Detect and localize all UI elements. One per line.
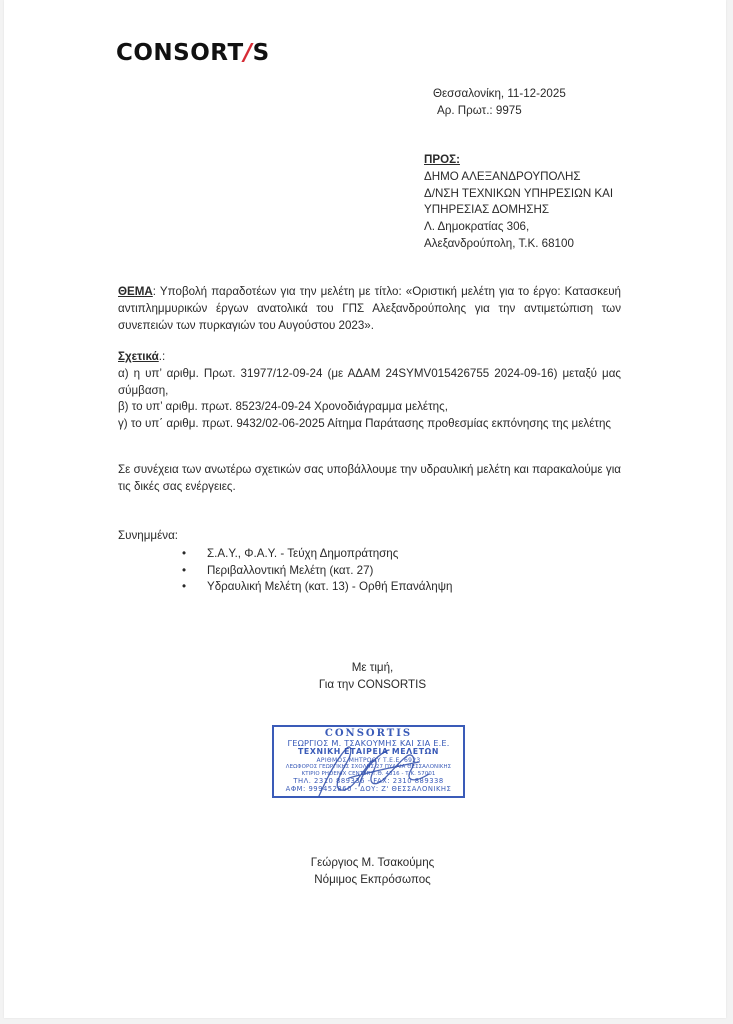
attachment-label: Σ.Α.Υ., Φ.Α.Υ. - Τεύχη Δημοπράτησης [207,547,398,560]
stamp-line: ΑΡΙΘΜΟΣ ΜΗΤΡΩΟΥ Τ.Ε.Ε. 6923 [274,757,463,764]
subject-text: : Υποβολή παραδοτέων για την μελέτη με τ… [118,285,621,332]
logo-text: CONSORT [116,40,244,66]
recipient-block: ΠΡΟΣ: ΔΗΜΟ ΑΛΕΞΑΝΔΡΟΥΠΟΛΗΣ Δ/ΝΣΗ ΤΕΧΝΙΚΩ… [424,152,613,253]
bullet-icon: • [182,563,186,580]
references-label: Σχετικά [118,350,159,363]
attachment-item: •Υδραυλική Μελέτη (κατ. 13) - Ορθή Επανά… [118,579,452,596]
closing-greeting: Με τιμή, [4,660,733,677]
body-text: Σε συνέχεια των ανωτέρω σχετικών σας υπο… [118,462,621,496]
recipient-line: Αλεξανδρούπολη, Τ.Κ. 68100 [424,236,613,253]
closing-block: Με τιμή, Για την CONSORTIS [4,660,733,694]
attachment-label: Υδραυλική Μελέτη (κατ. 13) - Ορθή Επανάλ… [207,580,452,593]
attachments-list: •Σ.Α.Υ., Φ.Α.Υ. - Τεύχη Δημοπράτησης •Πε… [118,546,452,596]
date-block: Θεσσαλονίκη, 11-12-2025 Αρ. Πρωτ.: 9975 [433,86,566,120]
reference-item: α) η υπ’ αριθμ. Πρωτ. 31977/12-09-24 (με… [118,366,621,400]
recipient-line: Λ. Δημοκρατίας 306, [424,219,613,236]
signer-block: Γεώργιος Μ. Τσακούμης Νόμιμος Εκπρόσωπος [4,855,733,889]
reference-item: γ) το υπ΄ αριθμ. πρωτ. 9432/02-06-2025 Α… [118,416,621,433]
recipient-line: ΥΠΗΡΕΣΙΑΣ ΔΟΜΗΣΗΣ [424,202,613,219]
stamp-line: ΑΦΜ: 999452860 - ΔΟΥ: Ζ' ΘΕΣΣΑΛΟΝΙΚΗΣ [274,786,463,794]
company-logo: CONSORT/S [116,40,270,66]
logo-text-end: S [253,40,270,66]
attachments-label: Συνημμένα: [118,528,452,545]
protocol-number: Αρ. Πρωτ.: 9975 [433,103,566,120]
bullet-icon: • [182,579,186,596]
reference-item: β) το υπ’ αριθμ. πρωτ. 8523/24-09-24 Χρο… [118,399,621,416]
place-date: Θεσσαλονίκη, 11-12-2025 [433,86,566,103]
subject-label: ΘΕΜΑ [118,285,153,298]
stamp-line: ΛΕΩΦΟΡΟΣ ΓΕΩΡΓΙΚΗΣ ΣΧΟΛΗΣ 27 ΠΥΛΑΙΑ ΘΕΣΣ… [274,764,463,771]
recipient-line: ΔΗΜΟ ΑΛΕΞΑΝΔΡΟΥΠΟΛΗΣ [424,169,613,186]
references-label-suffix: .: [159,350,165,363]
attachment-item: •Περιβαλλοντική Μελέτη (κατ. 27) [118,563,452,580]
subject-block: ΘΕΜΑ: Υποβολή παραδοτέων για την μελέτη … [118,284,621,334]
body-paragraph: Σε συνέχεια των ανωτέρω σχετικών σας υπο… [118,462,621,496]
attachments-block: Συνημμένα: •Σ.Α.Υ., Φ.Α.Υ. - Τεύχη Δημοπ… [118,528,452,596]
bullet-icon: • [182,546,186,563]
recipient-label: ΠΡΟΣ: [424,152,613,169]
attachment-label: Περιβαλλοντική Μελέτη (κατ. 27) [207,564,373,577]
signer-title: Νόμιμος Εκπρόσωπος [4,872,733,889]
references-block: Σχετικά.: α) η υπ’ αριθμ. Πρωτ. 31977/12… [118,349,621,433]
closing-company: Για την CONSORTIS [4,677,733,694]
stamp-line: ΤΕΧΝΙΚΗ ΕΤΑΙΡΕΙΑ ΜΕΛΕΤΩΝ [274,748,463,757]
company-stamp: CONSORTIS ΓΕΩΡΓΙΟΣ Μ. ΤΣΑΚΟΥΜΗΣ ΚΑΙ ΣΙΑ … [272,725,465,798]
recipient-line: Δ/ΝΣΗ ΤΕΧΝΙΚΩΝ ΥΠΗΡΕΣΙΩΝ ΚΑΙ [424,186,613,203]
logo-slash: / [244,40,253,66]
letter-page: CONSORT/S Θεσσαλονίκη, 11-12-2025 Αρ. Πρ… [4,0,726,1018]
attachment-item: •Σ.Α.Υ., Φ.Α.Υ. - Τεύχη Δημοπράτησης [118,546,452,563]
signer-name: Γεώργιος Μ. Τσακούμης [4,855,733,872]
